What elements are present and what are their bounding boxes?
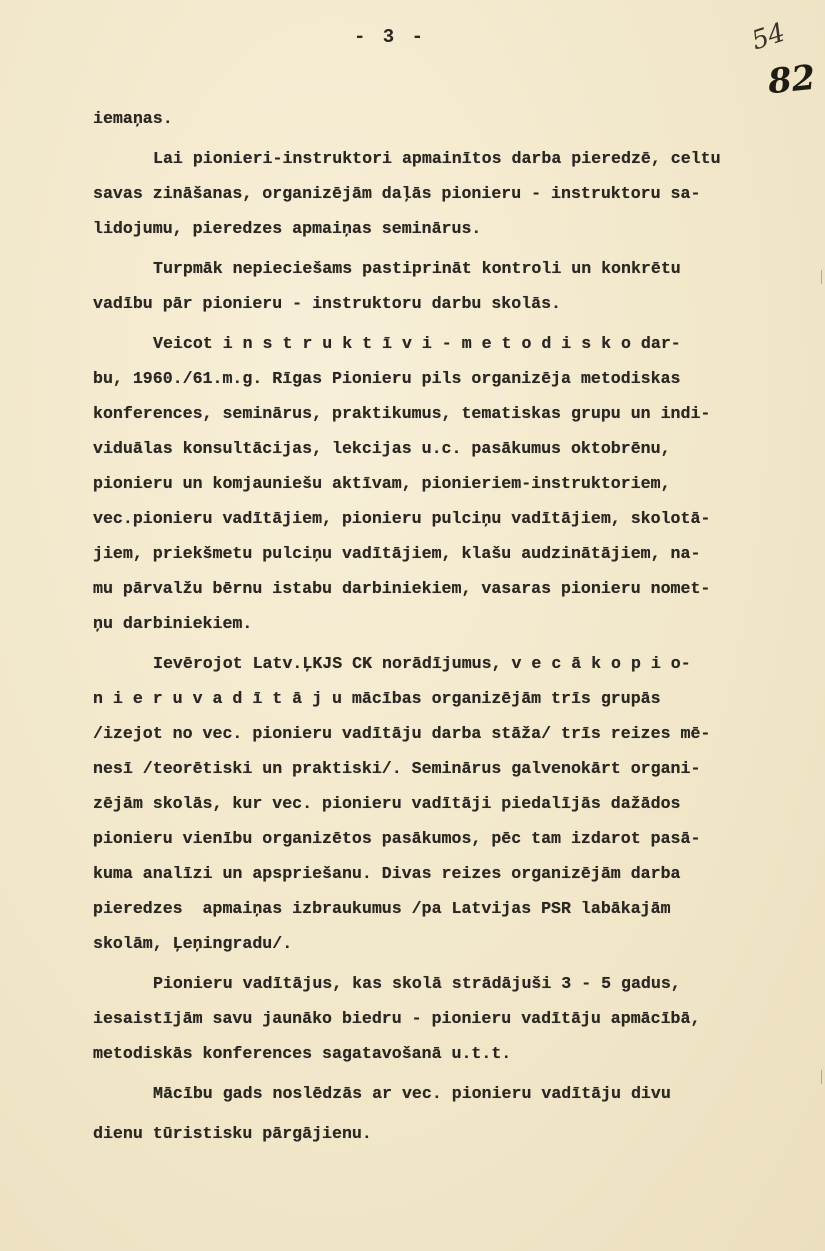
text-line: n i e r u v a d ī t ā j u mācības organi… — [93, 682, 661, 717]
text-line: lidojumu, pieredzes apmaiņas seminārus. — [93, 212, 481, 247]
text-line: pionieru vienību organizētos pasākumos, … — [93, 822, 700, 857]
text-line: viduālas konsultācijas, lekcijas u.c. pa… — [93, 432, 671, 467]
text-line: Veicot i n s t r u k t ī v i - m e t o d… — [93, 327, 681, 362]
text-line: konferences, seminārus, praktikumus, tem… — [93, 397, 710, 432]
text-line: jiem, priekšmetu pulciņu vadītājiem, kla… — [93, 537, 700, 572]
text-line: ņu darbiniekiem. — [93, 607, 252, 642]
text-line: skolām, Ļeņingradu/. — [93, 927, 292, 962]
text-line: bu, 1960./61.m.g. Rīgas Pionieru pils or… — [93, 362, 681, 397]
text-line: kuma analīzi un apspriešanu. Divas reize… — [93, 857, 681, 892]
paper-edge-mark — [821, 270, 822, 284]
text-line: pionieru un komjauniešu aktīvam, pionier… — [93, 467, 671, 502]
text-line: savas zināšanas, organizējām daļās pioni… — [93, 177, 700, 212]
paper-edge-mark — [821, 1070, 822, 1084]
handwritten-folio-number: 54 — [748, 18, 789, 57]
text-line: dienu tūristisku pārgājienu. — [93, 1117, 372, 1152]
text-line: Lai pionieri-instruktori apmainītos darb… — [93, 142, 721, 177]
text-line: Turpmāk nepieciešams pastiprināt kontrol… — [93, 252, 681, 287]
text-line: /izejot no vec. pionieru vadītāju darba … — [93, 717, 710, 752]
text-line: metodiskās konferences sagatavošanā u.t.… — [93, 1037, 511, 1072]
text-line: vadību pār pionieru - instruktoru darbu … — [93, 287, 561, 322]
handwritten-folio-number-secondary: 82 — [766, 58, 817, 103]
text-line: pieredzes apmaiņas izbraukumus /pa Latvi… — [93, 892, 671, 927]
text-line: Ievērojot Latv.ĻKJS CK norādījumus, v e … — [93, 647, 691, 682]
text-line: nesī /teorētiski un praktiski/. Semināru… — [93, 752, 700, 787]
page-number: - 3 - — [0, 26, 780, 48]
text-line: Mācību gads noslēdzās ar vec. pionieru v… — [93, 1077, 671, 1112]
text-line: iemaņas. — [93, 102, 173, 137]
text-line: zējām skolās, kur vec. pionieru vadītāji… — [93, 787, 681, 822]
text-line: vec.pionieru vadītājiem, pionieru pulciņ… — [93, 502, 710, 537]
text-line: Pionieru vadītājus, kas skolā strādājuši… — [93, 967, 681, 1002]
text-line: mu pārvalžu bērnu istabu darbiniekiem, v… — [93, 572, 710, 607]
text-line: iesaistījām savu jaunāko biedru - pionie… — [93, 1002, 700, 1037]
